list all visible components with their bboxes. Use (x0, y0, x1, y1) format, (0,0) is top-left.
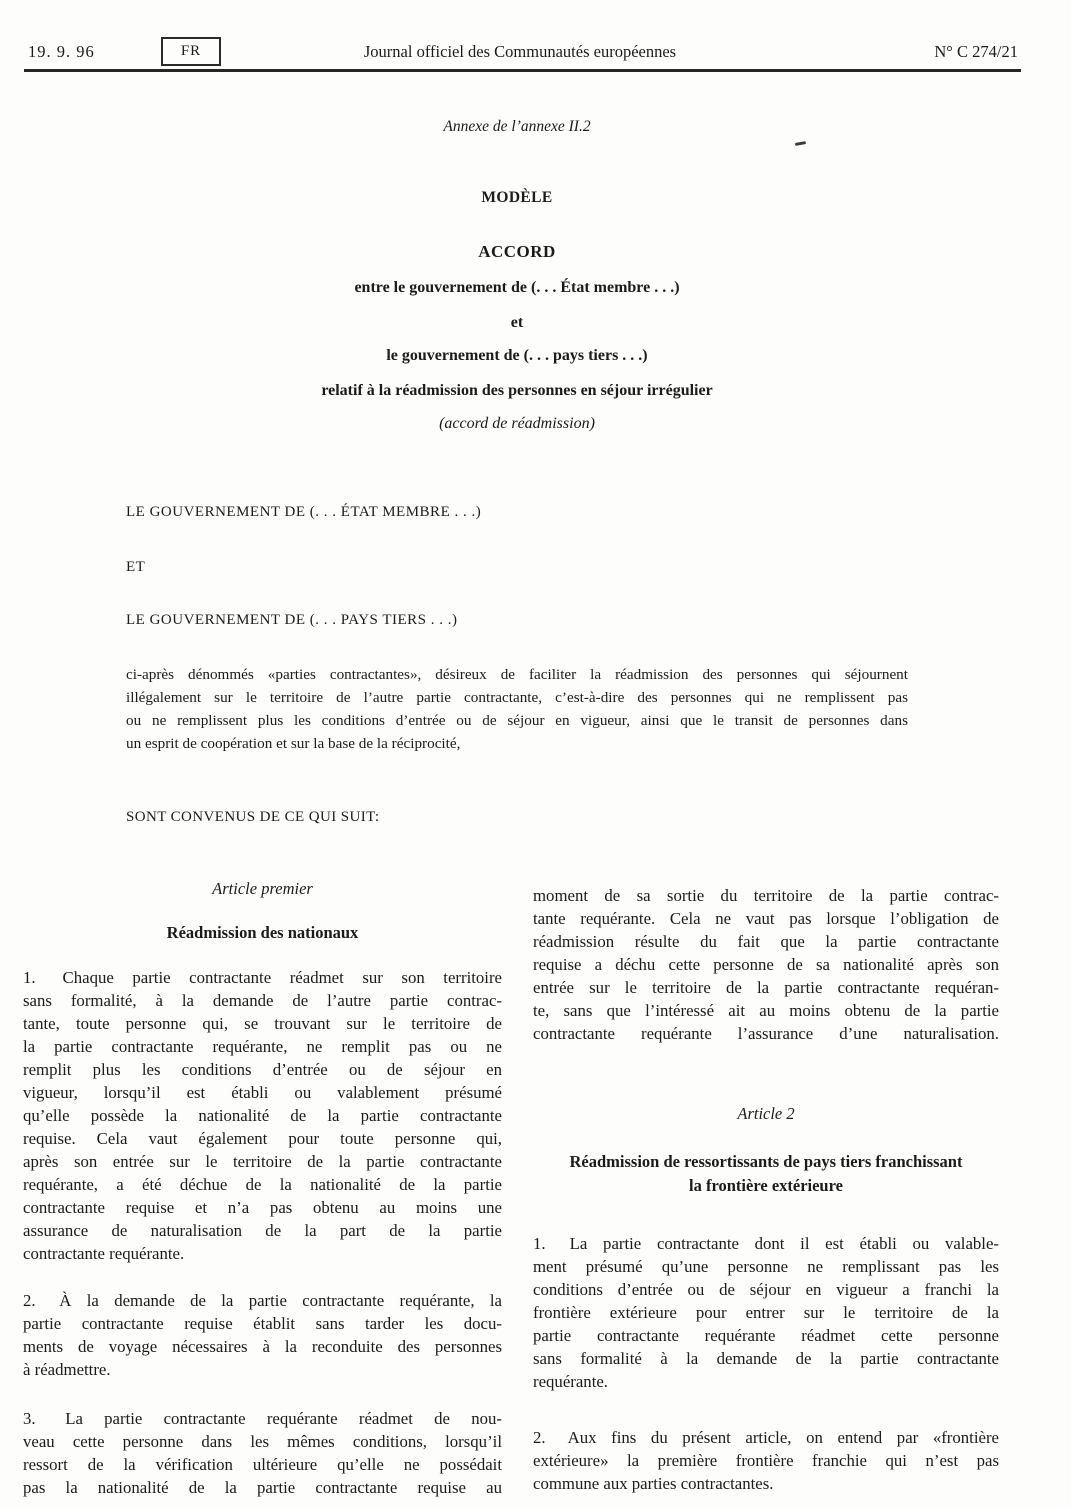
text-line: pas la nationalité de la partie contract… (23, 1476, 502, 1499)
article-1-paragraph-3: 3. La partie contractante requérante réa… (23, 1407, 502, 1499)
text-line: 1. La partie contractante dont il est ét… (533, 1232, 999, 1255)
text-line: sans formalité à la demande de la partie… (533, 1347, 999, 1370)
text-line: vigueur, lorsqu’il est établi ou valable… (23, 1081, 502, 1104)
text-line: veau cette personne dans les mêmes condi… (23, 1430, 502, 1453)
text-line: extérieure» la première frontière franch… (533, 1449, 999, 1472)
text-line: 3. La partie contractante requérante réa… (23, 1407, 502, 1430)
article-1-paragraph-3-continued: moment de sa sortie du territoire de la … (533, 884, 999, 1045)
article-2-paragraph-1: 1. La partie contractante dont il est ét… (533, 1232, 999, 1393)
text-line: ments de voyage nécessaires à la recondu… (23, 1335, 502, 1358)
journal-page: 19. 9. 96 FR Journal officiel des Commun… (0, 0, 1071, 1509)
text-line: partie contractante requise établit sans… (23, 1312, 502, 1335)
article-1-title: Article premier (23, 879, 502, 899)
text-line: frontière extérieure pour entrer sur le … (533, 1301, 999, 1324)
title-line-subject: relatif à la réadmission des personnes e… (126, 382, 908, 400)
text-line: Réadmission de ressortissants de pays ti… (533, 1150, 999, 1174)
accord-heading: ACCORD (126, 242, 908, 262)
title-line-parties-1: entre le gouvernement de (. . . État mem… (126, 279, 908, 297)
text-line: contractante requérante. (23, 1242, 502, 1265)
text-line: après son entrée sur le territoire de la… (23, 1150, 502, 1173)
preamble-paragraph: ci-après dénommés «parties contractantes… (126, 663, 908, 755)
government-line-1: LE GOUVERNEMENT DE (. . . ÉTAT MEMBRE . … (126, 504, 481, 521)
text-line: ou ne remplissent plus les conditions d’… (126, 709, 908, 732)
text-line: ci-après dénommés «parties contractantes… (126, 663, 908, 686)
text-line: un esprit de coopération et sur la base … (126, 732, 908, 755)
text-line: 2. Aux fins du présent article, on enten… (533, 1426, 999, 1449)
text-line: la frontière extérieure (533, 1174, 999, 1198)
government-line-2: LE GOUVERNEMENT DE (. . . PAYS TIERS . .… (126, 612, 458, 629)
title-line-parties-2: le gouvernement de (. . . pays tiers . .… (126, 347, 908, 365)
text-line: ment présumé qu’une personne ne rempliss… (533, 1255, 999, 1278)
text-line: contractante requise et n’a pas obtenu a… (23, 1196, 502, 1219)
text-line: 2. À la demande de la partie contractant… (23, 1289, 502, 1312)
article-2-title: Article 2 (533, 1104, 999, 1124)
text-line: à réadmettre. (23, 1358, 502, 1381)
text-line: requise a déchu cette personne de sa nat… (533, 953, 999, 976)
text-line: la partie contractante requérante, ne re… (23, 1035, 502, 1058)
page-reference: N° C 274/21 (934, 42, 1018, 62)
text-line: qu’elle possède la nationalité de la par… (23, 1104, 502, 1127)
text-line: te, sans que l’intéressé ait au moins ob… (533, 999, 999, 1022)
text-line: remplit plus les conditions d’entrée ou … (23, 1058, 502, 1081)
text-line: moment de sa sortie du territoire de la … (533, 884, 999, 907)
text-line: requise. Cela vaut également pour toute … (23, 1127, 502, 1150)
text-line: partie contractante requérante réadmet c… (533, 1324, 999, 1347)
agreement-clause: SONT CONVENUS DE CE QUI SUIT: (126, 809, 380, 826)
text-line: commune aux parties contractantes. (533, 1472, 999, 1495)
text-line: requérante, a été déchue de la nationali… (23, 1173, 502, 1196)
title-line-short-name: (accord de réadmission) (126, 415, 908, 433)
text-line: illégalement sur le territoire de l’autr… (126, 686, 908, 709)
text-line: tante requérante. Cela ne vaut pas lorsq… (533, 907, 999, 930)
modele-heading: MODÈLE (126, 189, 908, 207)
text-line: sans formalité, à la demande de l’autre … (23, 989, 502, 1012)
text-line: ressort de la vérification ultérieure qu… (23, 1453, 502, 1476)
journal-title: Journal officiel des Communautés europée… (0, 42, 1040, 62)
header-rule (24, 69, 1021, 72)
text-line: tante, toute personne qui, se trouvant s… (23, 1012, 502, 1035)
text-line: entrée sur le territoire de la partie co… (533, 976, 999, 999)
article-1-paragraph-1: 1. Chaque partie contractante réadmet su… (23, 966, 502, 1265)
text-line: assurance de naturalisation de la part d… (23, 1219, 502, 1242)
article-1-paragraph-2: 2. À la demande de la partie contractant… (23, 1289, 502, 1381)
text-line: requérante. (533, 1370, 999, 1393)
government-line-et: ET (126, 559, 145, 576)
title-line-et: et (126, 314, 908, 332)
article-2-subtitle: Réadmission de ressortissants de pays ti… (533, 1150, 999, 1198)
article-1-subtitle: Réadmission des nationaux (23, 921, 502, 945)
text-line: contractante requérante l’assurance d’un… (533, 1022, 999, 1045)
scan-artifact-dash (795, 141, 806, 146)
article-2-paragraph-2: 2. Aux fins du présent article, on enten… (533, 1426, 999, 1495)
text-line: 1. Chaque partie contractante réadmet su… (23, 966, 502, 989)
text-line: conditions d’entrée ou de séjour en vigu… (533, 1278, 999, 1301)
text-line: réadmission résulte du fait que la parti… (533, 930, 999, 953)
annex-reference: Annexe de l’annexe II.2 (126, 118, 908, 136)
